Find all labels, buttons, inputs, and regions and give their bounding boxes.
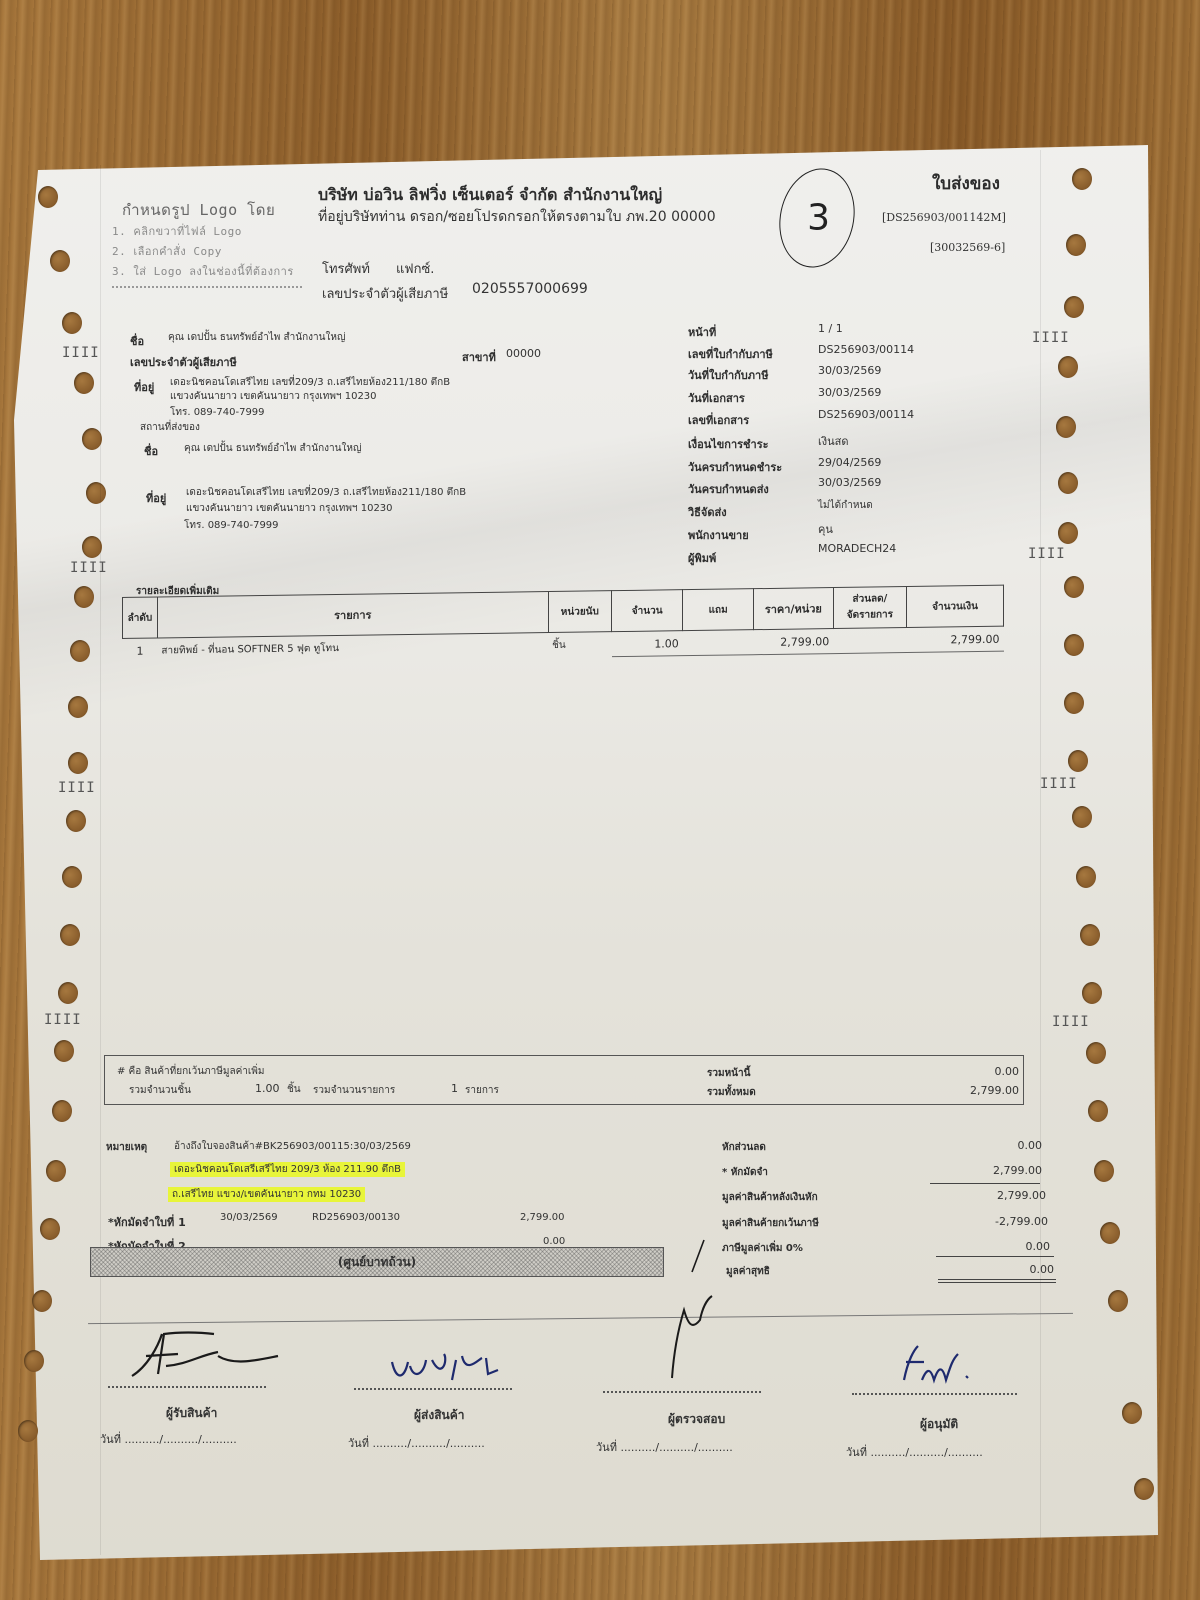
delivery-address-line: แขวงคันนายาว เขตคันนายาว กรุงเทพฯ 10230 <box>186 501 393 516</box>
receiver-signature-line <box>108 1386 266 1388</box>
doc-info-value: ไม่ได้กำหนด <box>818 498 873 513</box>
col-header-discount: ส่วนลด/ จัดรายการ <box>833 587 906 629</box>
signature-role: ผู้ส่งสินค้า <box>414 1406 465 1425</box>
col-header-unit: หน่วยนับ <box>548 591 611 633</box>
perforation-mark: IIII <box>70 560 108 576</box>
doc-info-label: วันครบกำหนดชำระ <box>688 458 782 476</box>
row-unit: ชิ้น <box>548 632 611 658</box>
totals-value: -2,799.00 <box>995 1215 1048 1228</box>
doc-info-label: เงื่อนไขการชำระ <box>688 435 769 453</box>
signature-date-field[interactable]: วันที่ ........../........../.......... <box>348 1434 485 1452</box>
totals-label: * หักมัดจำ <box>722 1165 768 1180</box>
total-items-label: รวมจำนวนรายการ <box>313 1083 395 1098</box>
col-header-amount: จำนวนเงิน <box>907 585 1004 627</box>
row-amount: 2,799.00 <box>907 626 1004 652</box>
totals-label: มูลค่าสินค้ายกเว้นภาษี <box>722 1216 819 1231</box>
net-total-double-rule <box>938 1279 1056 1283</box>
vat-exempt-note: # คือ สินค้าที่ยกเว้นภาษีมูลค่าเพิ่ม <box>117 1064 264 1079</box>
col-header-free: แถม <box>683 589 754 631</box>
amount-in-words-box: (ศูนย์บาทถ้วน) <box>90 1247 664 1277</box>
doc-info-label: ผู้พิมพ์ <box>688 549 716 567</box>
amount-in-words: (ศูนย์บาทถ้วน) <box>338 1255 416 1269</box>
approver-signature <box>900 1340 980 1390</box>
doc-info-value: 1 / 1 <box>818 322 843 335</box>
customer-address-line: แขวงคันนายาว เขตคันนายาว กรุงเทพฯ 10230 <box>170 389 377 404</box>
row-no: 1 <box>123 638 158 663</box>
company-phone-label: โทรศัพท์ <box>322 258 370 279</box>
branch-label: สาขาที่ <box>462 348 496 366</box>
totals-label: หักส่วนลด <box>722 1140 766 1155</box>
company-name: บริษัท บ่อวิน ลิฟวิ่ง เซ็นเตอร์ จำกัด สำ… <box>318 183 662 208</box>
delivery-name-label: ชื่อ <box>144 442 158 460</box>
doc-info-label: วิธีจัดส่ง <box>688 503 727 521</box>
company-fax-label: แฟกซ์. <box>396 258 434 279</box>
inspector-signature <box>660 1290 730 1390</box>
row-unit-price: 2,799.00 <box>753 629 833 655</box>
total-qty: 1.00 <box>255 1082 280 1095</box>
doc-info-label: เลขที่เอกสาร <box>688 411 749 429</box>
tick-mark <box>690 1236 710 1276</box>
page-total: 0.00 <box>995 1065 1020 1078</box>
doc-info-label: เลขที่ใบกำกับภาษี <box>688 345 773 363</box>
document-ref: [30032569-6] <box>930 241 1005 254</box>
branch-number: 00000 <box>506 347 541 360</box>
col-header-unit-price: ราคา/หน่วย <box>753 588 833 630</box>
deposit-label: *หักมัดจำใบที่ 1 <box>108 1213 186 1231</box>
col-header-description: รายการ <box>157 592 548 638</box>
sender-signature-line <box>354 1388 512 1390</box>
net-total-value: 0.00 <box>1030 1263 1055 1276</box>
doc-info-value: คุน <box>818 520 833 538</box>
summary-box: # คือ สินค้าที่ยกเว้นภาษีมูลค่าเพิ่ม รวม… <box>104 1055 1024 1105</box>
vat-rule <box>936 1256 1054 1257</box>
row-qty: 1.00 <box>612 631 683 657</box>
customer-tax-id-label: เลขประจำตัวผู้เสียภาษี <box>130 353 237 371</box>
right-tear-line <box>1040 150 1041 1540</box>
signature-role: ผู้ตรวจสอบ <box>668 1410 725 1429</box>
highlighted-text: เดอะนิชคอนโดเสรีเสรีไทย 209/3 ห้อง 211.9… <box>170 1162 405 1177</box>
totals-label: มูลค่าสินค้าหลังเงินหัก <box>722 1190 818 1205</box>
logo-placeholder: กำหนดรูป Logo โดย 1. คลิกขวาที่ไฟล์ Logo… <box>112 192 302 288</box>
total-qty-label: รวมจำนวนชิ้น <box>129 1083 191 1098</box>
document-code: [DS256903/001142M] <box>882 211 1006 224</box>
highlighted-text: ถ.เสรีไทย แขวง/เขตคันนายาว กทม 10230 <box>168 1187 365 1202</box>
delivery-name: คุณ เดปปั้น ธนทรัพย์อำไพ สำนักงานใหญ่ <box>184 441 361 456</box>
left-tear-line <box>100 165 101 1555</box>
perforation-mark: IIII <box>44 1012 82 1028</box>
totals-value: 0.00 <box>1026 1240 1051 1253</box>
totals-value: 0.00 <box>1018 1139 1043 1152</box>
customer-phone: โทร. 089-740-7999 <box>170 405 265 420</box>
signature-date-field[interactable]: วันที่ ........../........../.......... <box>100 1430 237 1448</box>
doc-info-label: หน้าที่ <box>688 323 716 341</box>
doc-info-label: วันครบกำหนดส่ง <box>688 480 769 498</box>
logo-instruction: 2. เลือกคำสั่ง Copy <box>112 242 222 260</box>
customer-name: คุณ เดปปั้น ธนทรัพย์อำไพ สำนักงานใหญ่ <box>168 330 345 345</box>
perforation-mark: IIII <box>62 345 100 361</box>
col-header-no: ลำดับ <box>123 597 158 638</box>
receiver-signature <box>118 1326 288 1386</box>
doc-info-label: วันที่ใบกำกับภาษี <box>688 366 768 384</box>
doc-info-value: DS256903/00114 <box>818 343 914 356</box>
customer-address-line: เดอะนิชคอนโดเสรีไทย เลขที่209/3 ถ.เสรีไท… <box>170 375 450 390</box>
document-title: ใบส่งของ <box>932 170 1000 197</box>
grand-total-label: รวมทั้งหมด <box>707 1085 756 1100</box>
doc-info-value: เงินสด <box>818 432 849 450</box>
approver-signature-line <box>852 1393 1017 1395</box>
subtotal-rule <box>930 1183 1040 1184</box>
company-address: ที่อยู่บริษัทท่าน ดรอก/ซอยโปรดกรอกให้ตรง… <box>318 206 716 228</box>
delivery-section-label: สถานที่ส่งของ <box>140 420 200 435</box>
signature-role: ผู้รับสินค้า <box>166 1404 217 1423</box>
delivery-address-label: ที่อยู่ <box>146 489 166 507</box>
delivery-phone: โทร. 089-740-7999 <box>184 518 279 533</box>
total-items-unit: รายการ <box>465 1083 499 1098</box>
customer-name-label: ชื่อ <box>130 332 144 350</box>
doc-info-value: 30/03/2569 <box>818 386 881 399</box>
company-tax-id-label: เลขประจำตัวผู้เสียภาษี <box>322 283 448 304</box>
customer-address-label: ที่อยู่ <box>134 378 154 396</box>
doc-info-value: DS256903/00114 <box>818 408 914 421</box>
logo-instruction: 3. ใส่ Logo ลงในช่องนี้ที่ต้องการ <box>112 262 294 280</box>
totals-value: 2,799.00 <box>997 1189 1046 1202</box>
row-discount <box>833 628 906 654</box>
doc-info-value: MORADECH24 <box>818 542 896 555</box>
doc-info-value: 29/04/2569 <box>818 456 881 469</box>
perforation-mark: IIII <box>1040 776 1078 792</box>
logo-instruction: 1. คลิกขวาที่ไฟล์ Logo <box>112 222 242 240</box>
signature-date-field[interactable]: วันที่ ........../........../.......... <box>846 1443 983 1461</box>
signature-role: ผู้อนุมัติ <box>920 1415 958 1434</box>
copy-number-text: 3 <box>807 197 830 238</box>
company-tax-id: 0205557000699 <box>472 281 588 297</box>
logo-placeholder-title: กำหนดรูป Logo โดย <box>122 198 275 222</box>
deposit-ref: RD256903/00130 <box>312 1212 400 1223</box>
total-qty-unit: ชิ้น <box>287 1082 301 1097</box>
doc-info-value: 30/03/2569 <box>818 476 881 489</box>
totals-label: มูลค่าสุทธิ <box>726 1264 770 1279</box>
totals-value: 2,799.00 <box>993 1164 1042 1177</box>
items-table: ลำดับ รายการ หน่วยนับ จำนวน แถม ราคา/หน่… <box>122 585 1004 664</box>
perforation-mark: IIII <box>58 780 96 796</box>
deposit-amount: 0.00 <box>543 1236 565 1247</box>
doc-info-value: 30/03/2569 <box>818 364 881 377</box>
row-free <box>683 630 754 656</box>
total-items: 1 <box>451 1082 458 1095</box>
highlighted-address-line: เดอะนิชคอนโดเสรีเสรีไทย 209/3 ห้อง 211.9… <box>170 1162 405 1177</box>
remarks-label: หมายเหตุ <box>106 1140 147 1155</box>
grand-total: 2,799.00 <box>970 1084 1019 1097</box>
remarks-reference: อ้างถึงใบจองสินค้า#BK256903/00115:30/03/… <box>174 1139 411 1154</box>
deposit-amount: 2,799.00 <box>520 1212 565 1223</box>
row-description: สายทิพย์ - ที่นอน SOFTNER 5 ฟุต ทูโทน <box>157 633 548 663</box>
inspector-signature-line <box>603 1391 761 1393</box>
doc-info-label: พนักงานขาย <box>688 526 749 544</box>
delivery-address-line: เดอะนิชคอนโดเสรีไทย เลขที่209/3 ถ.เสรีไท… <box>186 485 466 500</box>
sender-signature <box>386 1350 516 1400</box>
signature-date-field[interactable]: วันที่ ........../........../.......... <box>596 1438 733 1456</box>
doc-info-label: วันที่เอกสาร <box>688 389 745 407</box>
perforation-mark: IIII <box>1028 546 1066 562</box>
page-total-label: รวมหน้านี้ <box>707 1066 750 1081</box>
highlighted-address-line: ถ.เสรีไทย แขวง/เขตคันนายาว กทม 10230 <box>168 1187 365 1202</box>
deposit-date: 30/03/2569 <box>220 1212 278 1223</box>
perforation-mark: IIII <box>1032 330 1070 346</box>
totals-label: ภาษีมูลค่าเพิ่ม 0% <box>722 1241 803 1256</box>
col-header-qty: จำนวน <box>612 590 683 632</box>
perforation-mark: IIII <box>1052 1014 1090 1030</box>
